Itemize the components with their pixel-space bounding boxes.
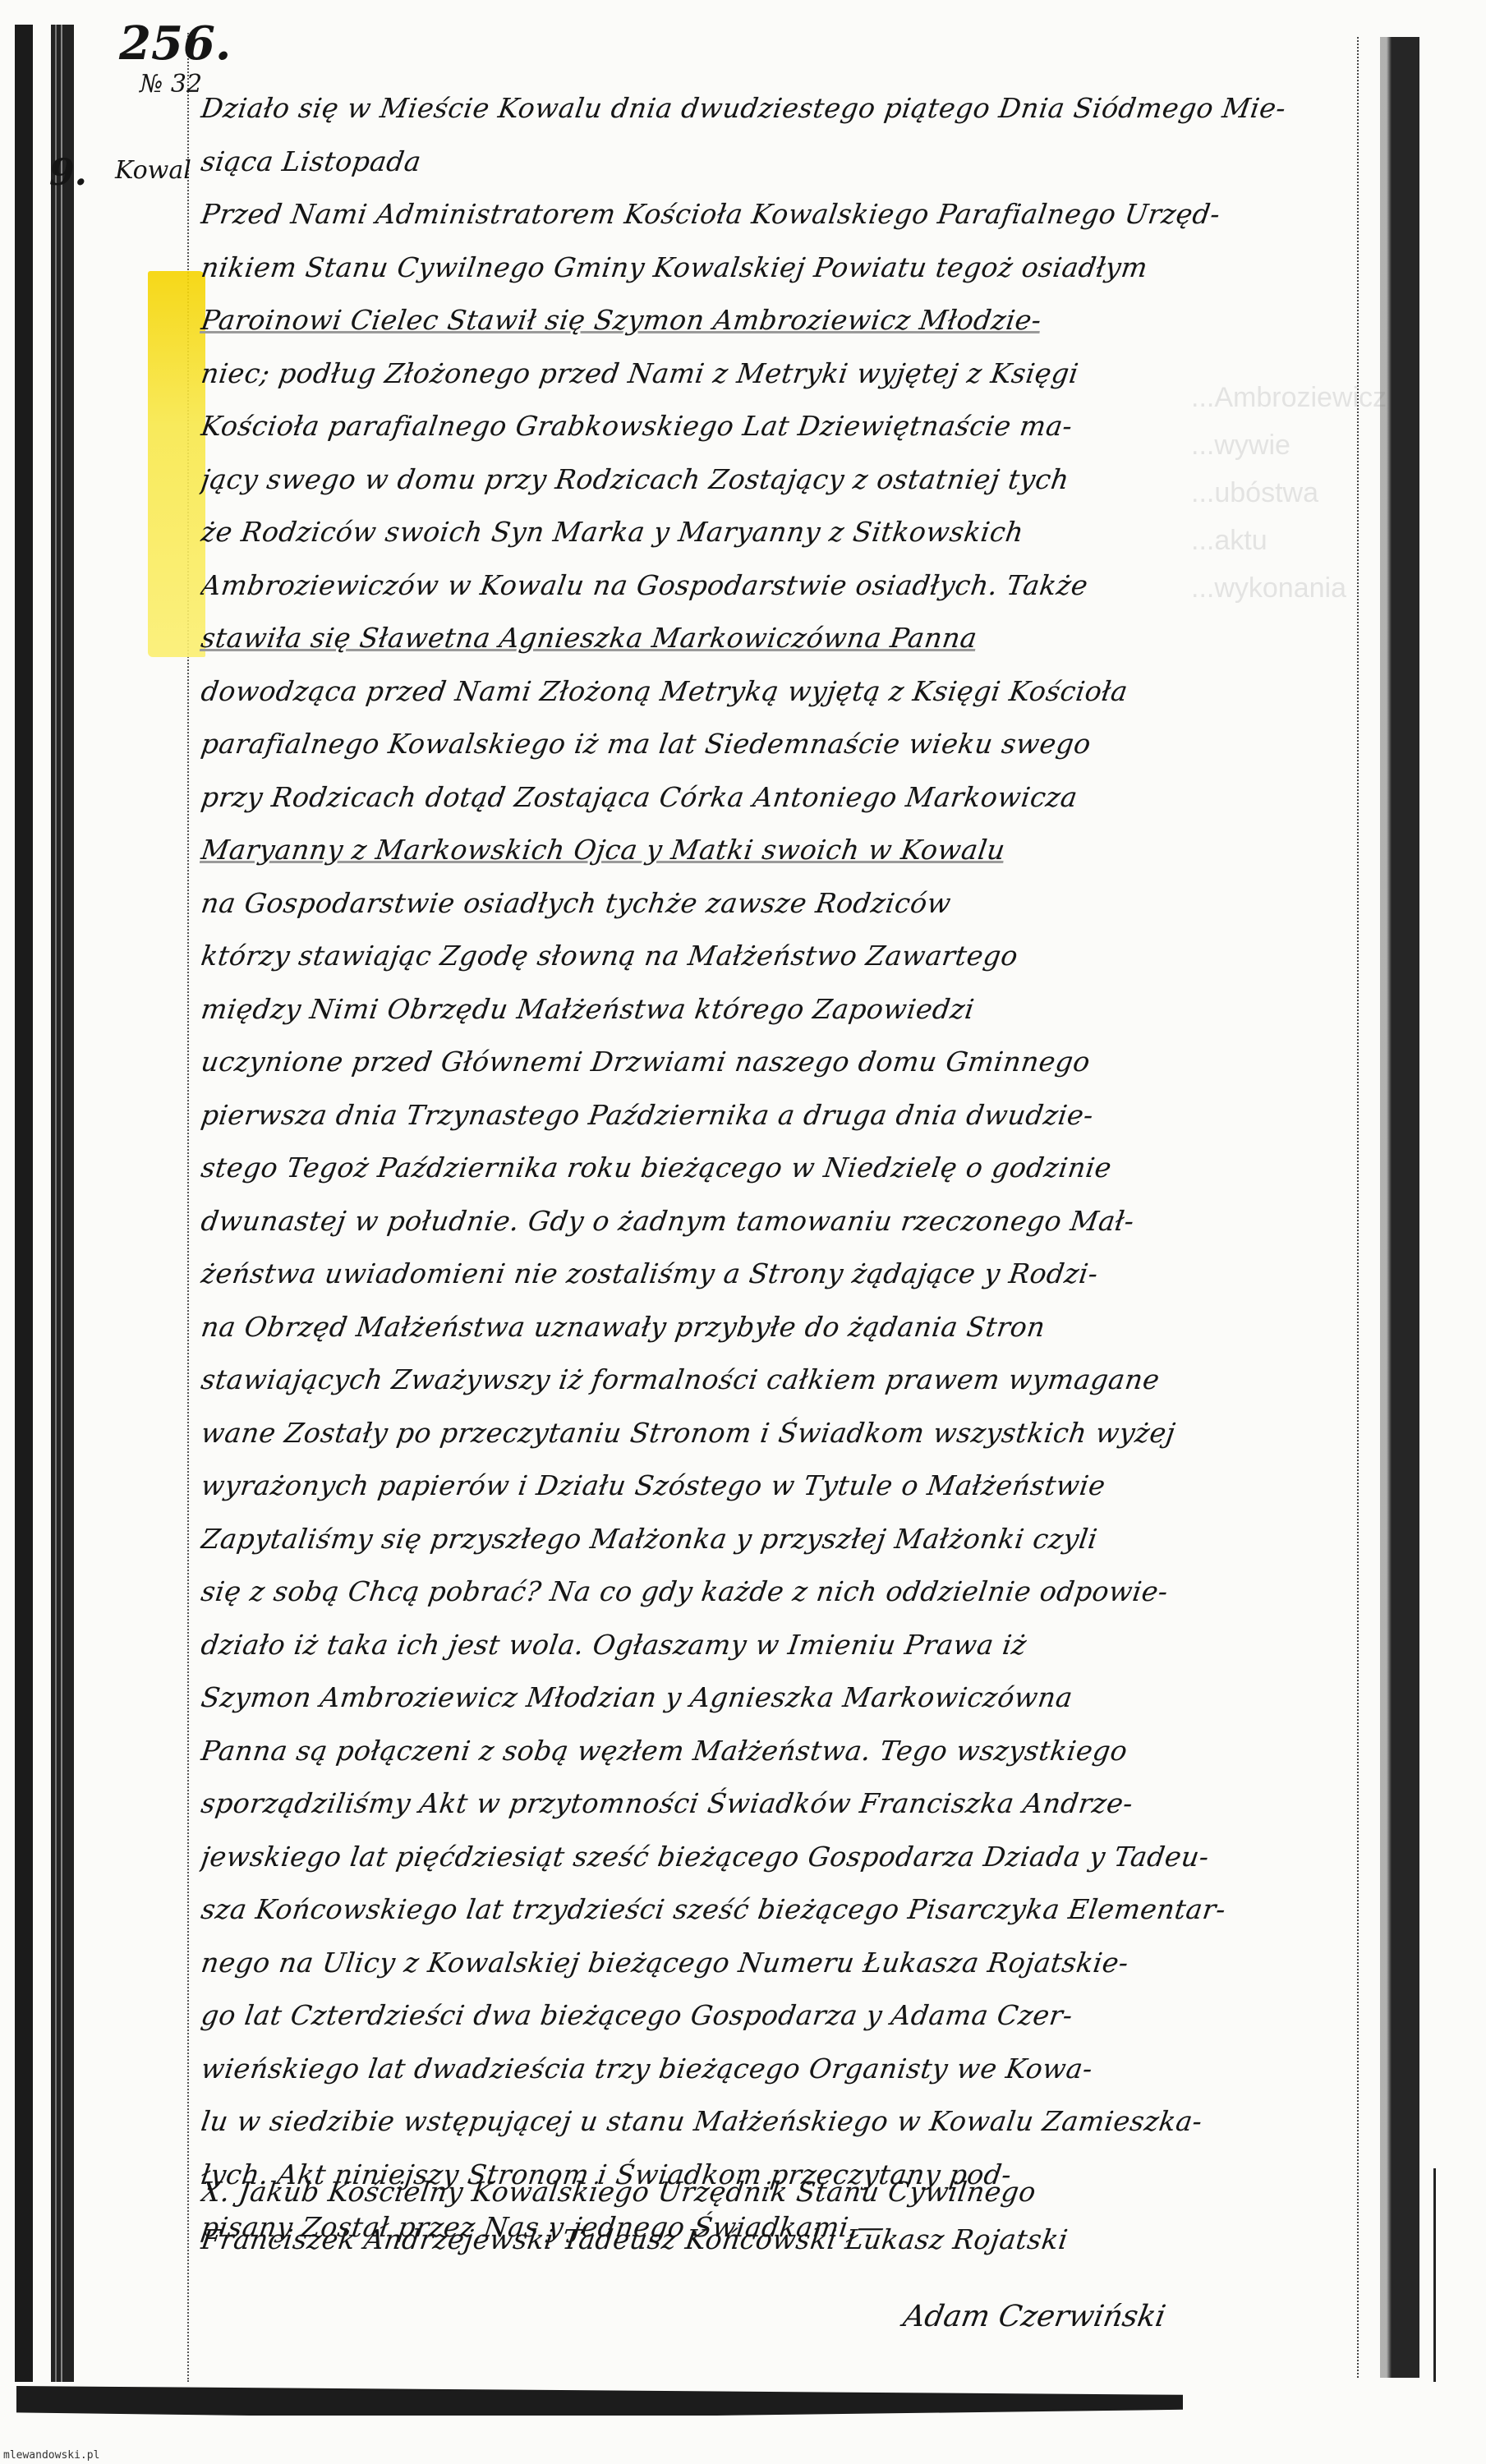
body-line: Ambroziewiczów w Kowalu na Gospodarstwie… bbox=[197, 559, 1363, 613]
body-line: na Obrzęd Małżeństwa uznawały przybyłe d… bbox=[197, 1301, 1363, 1354]
margin-village-name: Kowal bbox=[115, 156, 191, 185]
margin-number: 9. bbox=[49, 152, 87, 194]
margin-rule-right-thin bbox=[1433, 2168, 1436, 2382]
body-line: sza Końcowskiego lat trzydzieści sześć b… bbox=[197, 1883, 1363, 1937]
body-line: lu w siedzibie wstępującej u stanu Małże… bbox=[197, 2095, 1363, 2149]
body-line-groom-name: Paroinowi Cielec Stawił się Szymon Ambro… bbox=[197, 294, 1363, 347]
body-line: dwunastej w południe. Gdy o żadnym tamow… bbox=[197, 1195, 1363, 1248]
body-line: że Rodziców swoich Syn Marka y Maryanny … bbox=[197, 506, 1363, 559]
body-line: pierwsza dnia Trzynastego Października a… bbox=[197, 1089, 1363, 1142]
body-line: Działo się w Mieście Kowalu dnia dwudzie… bbox=[197, 82, 1363, 136]
body-line: jewskiego lat pięćdziesiąt sześć bieżące… bbox=[197, 1831, 1363, 1884]
body-line: Szymon Ambroziewicz Młodzian y Agnieszka… bbox=[197, 1671, 1363, 1725]
page-number: 256. bbox=[119, 16, 231, 71]
yellow-highlighter-mark bbox=[148, 271, 205, 657]
watermark: mlewandowski.pl bbox=[3, 2449, 99, 2462]
body-line: dowodząca przed Nami Złożoną Metryką wyj… bbox=[197, 665, 1363, 719]
scan-border-left-outer bbox=[15, 25, 33, 2382]
body-line: sporządziliśmy Akt w przytomności Świadk… bbox=[197, 1777, 1363, 1831]
body-line: żeństwa uwiadomieni nie zostaliśmy a Str… bbox=[197, 1248, 1363, 1301]
body-line: między Nimi Obrzędu Małżeństwa którego Z… bbox=[197, 983, 1363, 1037]
body-line: go lat Czterdzieści dwa bieżącego Gospod… bbox=[197, 1989, 1363, 2043]
body-line: Panna są połączeni z sobą węzłem Małżeńs… bbox=[197, 1725, 1363, 1778]
body-line: stego Tegoż Października roku bieżącego … bbox=[197, 1142, 1363, 1195]
body-line: Kościoła parafialnego Grabkowskiego Lat … bbox=[197, 400, 1363, 453]
body-line: nego na Ulicy z Kowalskiej bieżącego Num… bbox=[197, 1937, 1363, 1990]
body-line: wane Zostały po przeczytaniu Stronom i Ś… bbox=[197, 1407, 1363, 1460]
body-line: Przed Nami Administratorem Kościoła Kowa… bbox=[197, 188, 1363, 241]
act-number: № 32 bbox=[140, 70, 202, 99]
body-line: wyrażonych papierów i Działu Szóstego w … bbox=[197, 1460, 1363, 1513]
body-line: stawiających Zważywszy iż formalności ca… bbox=[197, 1354, 1363, 1407]
scan-border-left-inner bbox=[51, 25, 74, 2382]
body-line: nikiem Stanu Cywilnego Gminy Kowalskiej … bbox=[197, 241, 1363, 295]
closing-signatures: X. Jakub Kościelny Kowalskiego Urzędnik … bbox=[201, 2168, 1351, 2264]
body-line: Zapytaliśmy się przyszłego Małżonka y pr… bbox=[197, 1513, 1363, 1566]
body-line: uczynione przed Głównemi Drzwiami naszeg… bbox=[197, 1036, 1363, 1089]
body-line-bride-name: stawiła się Sławetna Agnieszka Markowicz… bbox=[197, 612, 1363, 665]
body-line: na Gospodarstwie osiadłych tychże zawsze… bbox=[197, 877, 1363, 931]
scan-border-bottom bbox=[16, 2386, 1183, 2416]
body-line: przy Rodzicach dotąd Zostająca Córka Ant… bbox=[197, 771, 1363, 825]
body-line: niec; podług Złożonego przed Nami z Metr… bbox=[197, 347, 1363, 401]
body-line: działo iż taka ich jest wola. Ogłaszamy … bbox=[197, 1619, 1363, 1672]
body-line: siąca Listopada bbox=[197, 136, 1363, 189]
body-line: się z sobą Chcą pobrać? Na co gdy każde … bbox=[197, 1565, 1363, 1619]
scanned-document-page: ...Ambroziewicz ...wywie ...ubóstwa ...a… bbox=[0, 0, 1486, 2464]
body-line-bride-parents: Maryanny z Markowskich Ojca y Matki swoi… bbox=[197, 824, 1363, 877]
body-line: którzy stawiając Zgodę słowną na Małżeńs… bbox=[197, 930, 1363, 983]
body-line: jący swego w domu przy Rodzicach Zostają… bbox=[197, 453, 1363, 507]
signature: Adam Czerwiński bbox=[900, 2300, 1168, 2333]
closing-line: Franciszek Andrzejewski Tadeusz Końcowsk… bbox=[198, 2216, 1355, 2264]
body-line: wieńskiego lat dwadzieścia trzy bieżąceg… bbox=[197, 2043, 1363, 2096]
closing-line: X. Jakub Kościelny Kowalskiego Urzędnik … bbox=[198, 2168, 1355, 2216]
record-body: Działo się w Mieście Kowalu dnia dwudzie… bbox=[201, 82, 1359, 2255]
body-line: parafialnego Kowalskiego iż ma lat Siede… bbox=[197, 718, 1363, 771]
